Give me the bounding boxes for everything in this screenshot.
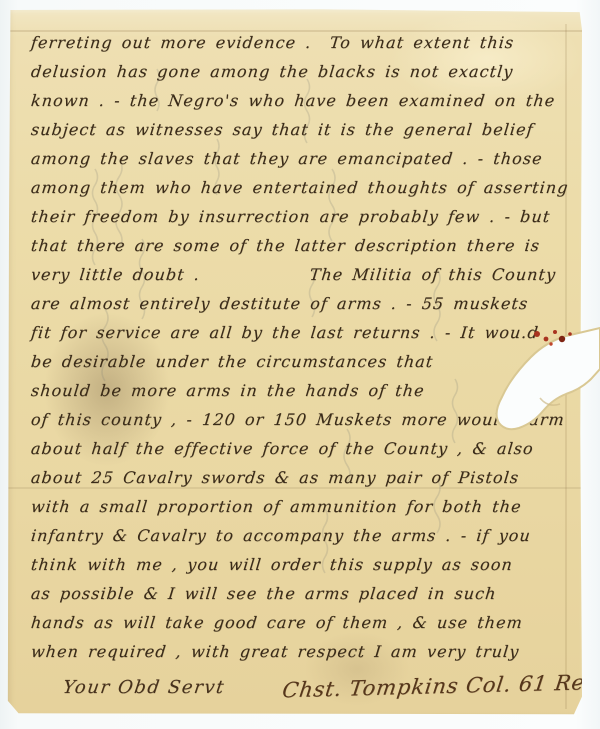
letter-line: among them who have entertained thoughts… <box>29 178 577 207</box>
letter-line: hands as will take good care of them , &… <box>29 613 577 642</box>
letter-line: known . - the Negro's who have been exam… <box>29 91 577 120</box>
letter-line: with a small proportion of ammunition fo… <box>29 497 577 526</box>
letter-line: fit for service are all by the last retu… <box>29 323 577 352</box>
letter-line: ferreting out more evidence . To what ex… <box>29 33 577 62</box>
signature: Chst. Tompkins Col. 61 Regt. <box>281 670 600 703</box>
letter-line: about half the effective force of the Co… <box>29 439 577 468</box>
letter-line: about 25 Cavalry swords & as many pair o… <box>29 468 577 497</box>
letter-line: be desirable under the circumstances tha… <box>29 352 577 381</box>
letter-line: as possible & I will see the arms placed… <box>29 584 577 613</box>
letter-line: very little doubt . The Militia of this … <box>29 265 577 294</box>
letter-body: ferreting out more evidence . To what ex… <box>29 33 574 698</box>
fold-crease-top <box>7 30 582 32</box>
letter-line: think with me , you will order this supp… <box>29 555 577 584</box>
letter-line: are almost entirely destitute of arms . … <box>29 294 577 323</box>
letter-line: subject as witnesses say that it is the … <box>29 120 577 149</box>
letter-line: their freedom by insurrection are probab… <box>29 207 577 236</box>
letter-line: among the slaves that they are emancipat… <box>29 149 577 178</box>
letter-line: that there are some of the latter descri… <box>29 236 577 265</box>
letter-line: when required , with great respect I am … <box>29 642 577 671</box>
letter-line: delusion has gone among the blacks is no… <box>29 62 577 91</box>
letter-line: infantry & Cavalry to accompany the arms… <box>29 526 577 555</box>
letter-page: ferreting out more evidence . To what ex… <box>7 9 582 715</box>
letter-line: should be more arms in the hands of the <box>29 381 577 410</box>
letter-closing: Your Obd Servt Chst. Tompkins Col. 61 Re… <box>29 674 574 698</box>
letter-line: of this county , - 120 or 150 Muskets mo… <box>29 410 577 439</box>
document-scan: { "document": { "kind": "handwritten-let… <box>0 0 600 729</box>
valediction: Your Obd Servt <box>62 677 227 698</box>
